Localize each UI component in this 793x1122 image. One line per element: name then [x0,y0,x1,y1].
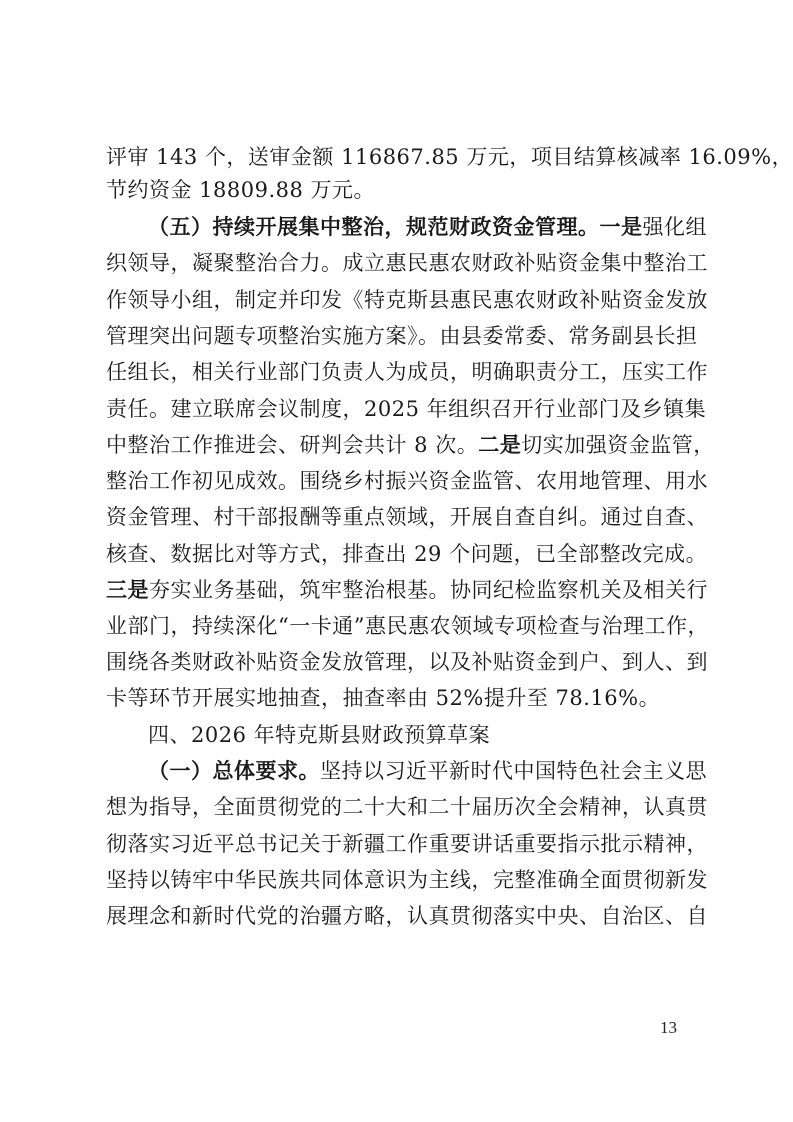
text-segment: 管理突出问题专项整治实施方案》。由县委常委、常务副县长担 [106,324,698,348]
text-line: 坚持以铸牢中华民族共同体意识为主线，完整准确全面贯彻新发 [106,862,692,898]
text-line: 责任。建立联席会议制度，2025 年组织召开行业部门及乡镇集 [106,391,692,427]
text-line: 织领导，凝聚整治合力。成立惠民惠农财政补贴资金集中整治工 [106,245,692,281]
text-segment: 切实加强资金监管， [521,433,715,457]
text-segment: 展理念和新时代党的治疆方略，认真贯彻落实中央、自治区、自 [106,904,708,928]
bold-keyword: 三是 [106,578,149,602]
chapter-heading-four: 四、2026 年特克斯县财政预算草案 [148,717,692,753]
text-line: 评审 143 个，送审金额 116867.85 万元，项目结算核减率 16.09… [106,139,692,175]
bold-keyword: 二是 [478,433,521,457]
text-segment: 节约资金 18809.88 万元。 [106,178,375,202]
text-line: 整治工作初见成效。围绕乡村振兴资金监管、农用地管理、用水 [106,463,692,499]
text-segment: 评审 143 个，送审金额 116867.85 万元，项目结算核减率 16.09… [106,145,793,169]
text-line: 作领导小组，制定并印发《特克斯县惠民惠农财政补贴资金发放 [106,282,692,318]
text-segment: 强化组 [643,215,708,239]
text-line: 资金管理、村干部报酬等重点领域，开展自查自纠。通过自查、 [106,499,692,535]
text-line: 管理突出问题专项整治实施方案》。由县委常委、常务副县长担 [106,318,692,354]
text-line: 卡等环节开展实地抽查，抽查率由 52%提升至 78.16%。 [106,680,692,716]
text-segment: 整治工作初见成效。围绕乡村振兴资金监管、农用地管理、用水 [106,469,708,493]
heading-text: 四、2026 年特克斯县财政预算草案 [148,723,490,747]
text-line: 展理念和新时代党的治疆方略，认真贯彻落实中央、自治区、自 [106,898,692,934]
text-segment: 坚持以铸牢中华民族共同体意识为主线，完整准确全面贯彻新发 [106,868,708,892]
text-line: 节约资金 18809.88 万元。 [106,172,692,208]
text-line: 围绕各类财政补贴资金发放管理，以及补贴资金到户、到人、到 [106,644,692,680]
text-segment: 资金管理、村干部报酬等重点领域，开展自查自纠。通过自查、 [106,505,708,529]
text-segment: 夯实业务基础，筑牢整治根基。协同纪检监察机关及相关行 [149,578,708,602]
text-segment: 业部门，持续深化“一卡通”惠民惠农领域专项检查与治理工作， [106,614,709,638]
text-segment: 卡等环节开展实地抽查，抽查率由 52%提升至 78.16%。 [106,686,660,710]
document-page: 评审 143 个，送审金额 116867.85 万元，项目结算核减率 16.09… [0,0,793,1122]
text-segment: 彻落实习近平总书记关于新疆工作重要讲话重要指示批示精神， [106,832,708,856]
bold-heading: （五）持续开展集中整治，规范财政资金管理。一是 [148,215,643,239]
text-line: 彻落实习近平总书记关于新疆工作重要讲话重要指示批示精神， [106,826,692,862]
text-segment: 想为指导，全面贯彻党的二十大和二十届历次全会精神，认真贯 [106,795,708,819]
text-line: 任组长，相关行业部门负责人为成员，明确职责分工，压实工作 [106,354,692,390]
text-segment: 任组长，相关行业部门负责人为成员，明确职责分工，压实工作 [106,360,708,384]
text-line: 想为指导，全面贯彻党的二十大和二十届历次全会精神，认真贯 [106,789,692,825]
text-segment: 坚持以习近平新时代中国特色社会主义思 [320,759,707,783]
text-line: 中整治工作推进会、研判会共计 8 次。二是切实加强资金监管， [106,427,692,463]
bold-heading: （一）总体要求。 [148,759,320,783]
text-segment: 作领导小组，制定并印发《特克斯县惠民惠农财政补贴资金发放 [106,288,708,312]
text-segment: 围绕各类财政补贴资金发放管理，以及补贴资金到户、到人、到 [106,650,708,674]
text-line: 业部门，持续深化“一卡通”惠民惠农领域专项检查与治理工作， [106,608,692,644]
text-segment: 责任。建立联席会议制度，2025 年组织召开行业部门及乡镇集 [106,397,706,421]
page-number: 13 [660,1018,677,1038]
text-segment: 核查、数据比对等方式，排查出 29 个问题，已全部整改完成。 [106,542,707,566]
section-heading-five: （五）持续开展集中整治，规范财政资金管理。一是强化组 [148,209,692,245]
text-line: 核查、数据比对等方式，排查出 29 个问题，已全部整改完成。 [106,536,692,572]
text-segment: 中整治工作推进会、研判会共计 8 次。 [106,433,478,457]
section-heading-one: （一）总体要求。坚持以习近平新时代中国特色社会主义思 [148,753,692,789]
text-segment: 织领导，凝聚整治合力。成立惠民惠农财政补贴资金集中整治工 [106,251,708,275]
text-line: 三是夯实业务基础，筑牢整治根基。协同纪检监察机关及相关行 [106,572,692,608]
